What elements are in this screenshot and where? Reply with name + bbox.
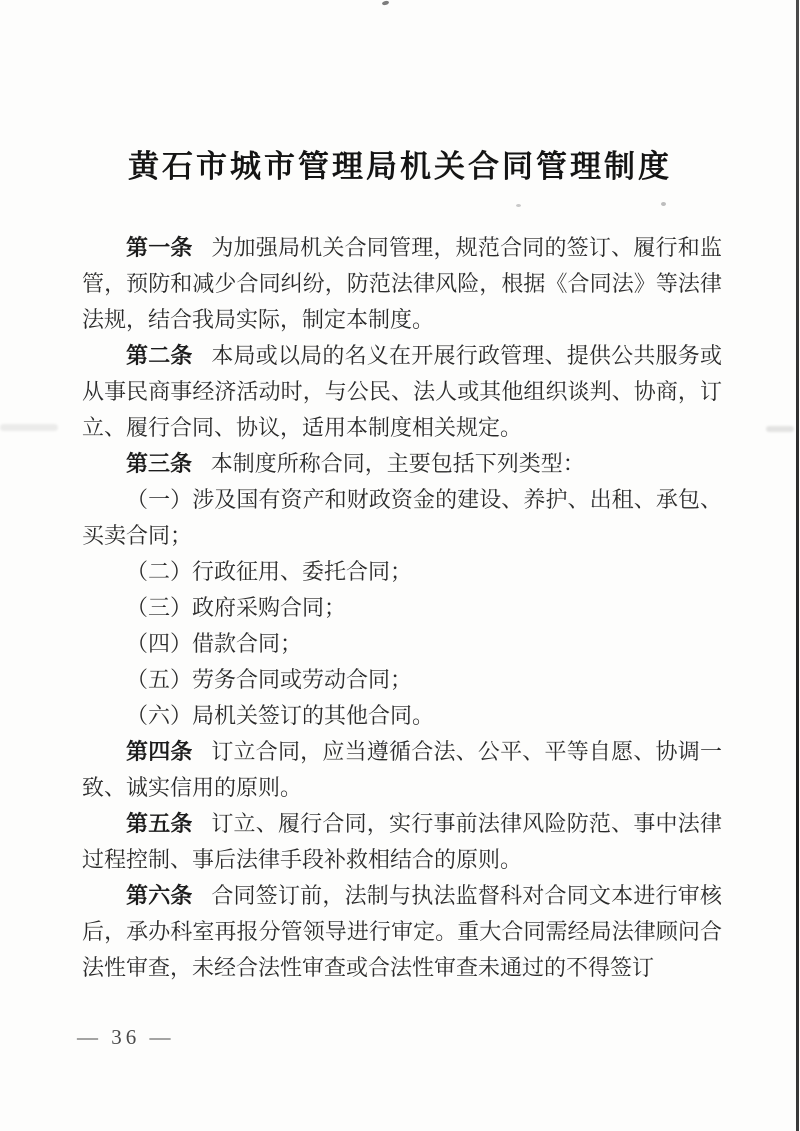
- article-text: 本制度所称合同，主要包括下列类型：: [211, 451, 585, 476]
- document-page: 黄石市城市管理局机关合同管理制度 第一条为加强局机关合同管理，规范合同的签订、履…: [0, 0, 800, 1131]
- article-text: （五）劳务合同或劳动合同；: [126, 667, 412, 692]
- document-title: 黄石市城市管理局机关合同管理制度: [0, 0, 800, 187]
- article-text: （六）局机关签订的其他合同。: [126, 703, 434, 728]
- article-number-label: 第一条: [126, 235, 193, 260]
- article-text: （三）政府采购合同；: [126, 595, 346, 620]
- article-list-item: （二）行政征用、委托合同；: [82, 554, 722, 590]
- article-text: （二）行政征用、委托合同；: [126, 559, 412, 584]
- scan-artifact-speck: [516, 204, 521, 207]
- article-number-label: 第三条: [126, 451, 192, 476]
- article-paragraph: 第二条本局或以局的名义在开展行政管理、提供公共服务或从事民商事经济活动时，与公民…: [82, 338, 722, 446]
- article-list-item: （六）局机关签订的其他合同。: [82, 698, 722, 734]
- article-number-label: 第六条: [126, 883, 193, 908]
- scan-artifact-right-edge-line: [796, 0, 799, 1131]
- article-list-item: （一）涉及国有资产和财政资金的建设、养护、出租、承包、买卖合同；: [82, 482, 722, 554]
- page-number: — 36 —: [77, 1025, 175, 1050]
- article-paragraph: 第六条合同签订前，法制与执法监督科对合同文本进行审核后，承办科室再报分管领导进行…: [82, 878, 722, 986]
- scan-artifact-left-smudge: [0, 424, 58, 431]
- article-list-item: （五）劳务合同或劳动合同；: [82, 662, 722, 698]
- article-number-label: 第四条: [126, 739, 193, 764]
- article-paragraph: 第四条订立合同，应当遵循合法、公平、平等自愿、协调一致、诚实信用的原则。: [82, 734, 722, 806]
- article-text: （一）涉及国有资产和财政资金的建设、养护、出租、承包、买卖合同；: [82, 487, 722, 548]
- scan-artifact-speck: [661, 202, 666, 206]
- article-number-label: 第五条: [126, 811, 193, 836]
- article-number-label: 第二条: [126, 343, 193, 368]
- scan-artifact-right-smudge: [766, 426, 794, 432]
- document-body: 第一条为加强局机关合同管理，规范合同的签订、履行和监管，预防和减少合同纠纷，防范…: [82, 230, 722, 986]
- article-list-item: （三）政府采购合同；: [82, 590, 722, 626]
- article-text: （四）借款合同；: [126, 631, 302, 656]
- article-paragraph: 第一条为加强局机关合同管理，规范合同的签订、履行和监管，预防和减少合同纠纷，防范…: [82, 230, 722, 338]
- article-list-item: （四）借款合同；: [82, 626, 722, 662]
- article-paragraph: 第三条本制度所称合同，主要包括下列类型：: [82, 446, 722, 482]
- article-paragraph: 第五条订立、履行合同，实行事前法律风险防范、事中法律过程控制、事后法律手段补救相…: [82, 806, 722, 878]
